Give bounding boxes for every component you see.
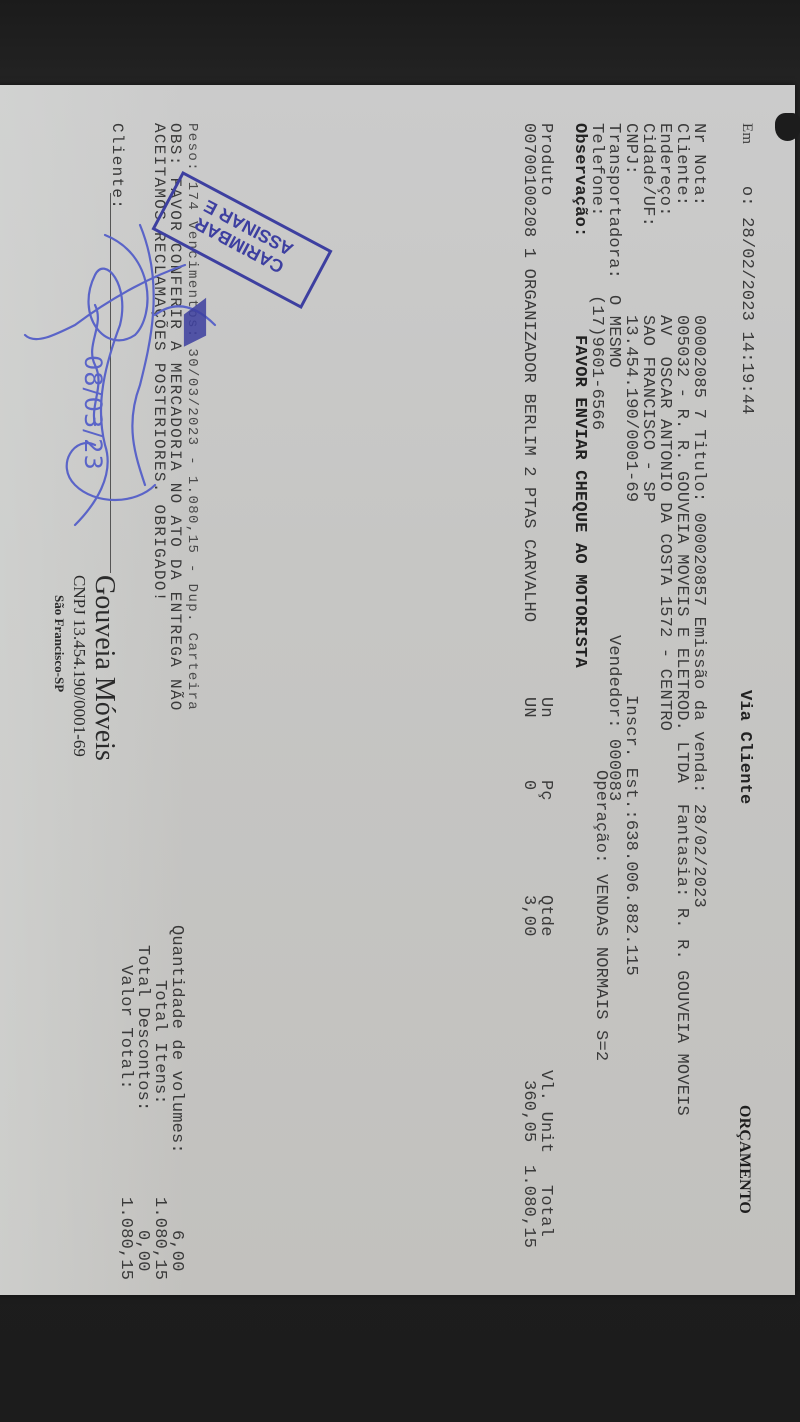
total-descontos-value: 0,00	[134, 1230, 151, 1272]
emissao-line: Em o: 28/02/2023 14:19:44	[738, 123, 755, 415]
total-itens-value: 1.080,15	[151, 1197, 168, 1280]
company-stamp-city: São Francisco-SP	[51, 595, 67, 692]
volumes-label: Quantidade de volumes:	[168, 925, 185, 1154]
item-vl-unit: 360,05	[520, 1080, 537, 1142]
volumes-value: 6,00	[168, 1230, 185, 1272]
cliente-label: Cliente:	[673, 123, 690, 206]
signature-line	[110, 193, 111, 573]
total-itens-label: Total Itens:	[151, 980, 168, 1105]
transportadora-value: O MESMO	[605, 295, 622, 368]
company-stamp-cnpj: CNPJ 13.454.190/0001-69	[69, 575, 89, 757]
document-type: ORÇAMENTO	[736, 1105, 753, 1214]
item-qtde: 3,00	[520, 895, 537, 937]
cidade-value: SAO FRANCISCO - SP	[639, 315, 656, 502]
item-produto: 00700100208 1 ORGANIZADOR BERLIM 2 PTAS …	[520, 123, 537, 622]
obs-line-2: ACEITAMOS RECLAMAÇÕES POSTERIORES. OBRIG…	[150, 123, 167, 603]
valor-total-value: 1.080,15	[117, 1197, 134, 1280]
col-total: Total	[537, 1185, 554, 1237]
receipt-paper: Em o: 28/02/2023 14:19:44 Via Cliente OR…	[0, 85, 795, 1295]
item-pc: 0	[520, 780, 537, 790]
observacao-value: FAVOR ENVIAR CHEQUE AO MOTORISTA	[571, 335, 588, 668]
cidade-label: Cidade/UF:	[639, 123, 656, 227]
col-qtde: Qtde	[537, 895, 554, 937]
item-un: UN	[520, 697, 537, 718]
col-pc: Pç	[537, 780, 554, 801]
col-produto: Produto	[537, 123, 554, 196]
emissao-datetime: 28/02/2023 14:19:44	[737, 217, 756, 415]
via-cliente-heading: Via Cliente	[736, 690, 753, 804]
emissao-label-tail: o:	[737, 186, 756, 207]
nr-nota-value: 00002085 7 Titulo: 000020857 Emissão da …	[690, 315, 707, 908]
nr-nota-label: Nr Nota:	[690, 123, 707, 206]
col-vl-unit: Vl. Unit	[537, 1070, 554, 1153]
torn-paper-notch	[775, 113, 800, 141]
emissao-label: Em	[739, 123, 755, 144]
total-descontos-label: Total Descontos:	[134, 945, 151, 1111]
endereco-label: Endereço:	[656, 123, 673, 217]
signature-date: 08/03/23	[79, 355, 107, 471]
telefone-label: Telefone:	[588, 123, 605, 217]
inscricao-estadual: Inscr. Est.:638.006.882.115	[622, 695, 639, 976]
endereco-value: AV OSCAR ANTONIO DA COSTA 1572 - CENTRO	[656, 315, 673, 731]
valor-total-label: Valor Total:	[117, 965, 134, 1090]
observacao-label: Observação:	[571, 123, 588, 237]
transportadora-label: Transportadora:	[605, 123, 622, 279]
operacao: Operação: VENDAS NORMAIS S=2	[592, 770, 609, 1061]
telefone-value: (17)9601-6566	[588, 295, 605, 430]
cliente-value: 005032 - R. R. GOUVEIA MOVEIS E ELETROD.…	[673, 315, 690, 1116]
item-total: 1.080,15	[520, 1165, 537, 1248]
col-un: Un	[537, 697, 554, 718]
cnpj-label: CNPJ:	[622, 123, 639, 175]
company-stamp-name: Gouveia Móveis	[88, 575, 120, 761]
cnpj-value: 13.454.190/0001-69	[622, 315, 639, 502]
